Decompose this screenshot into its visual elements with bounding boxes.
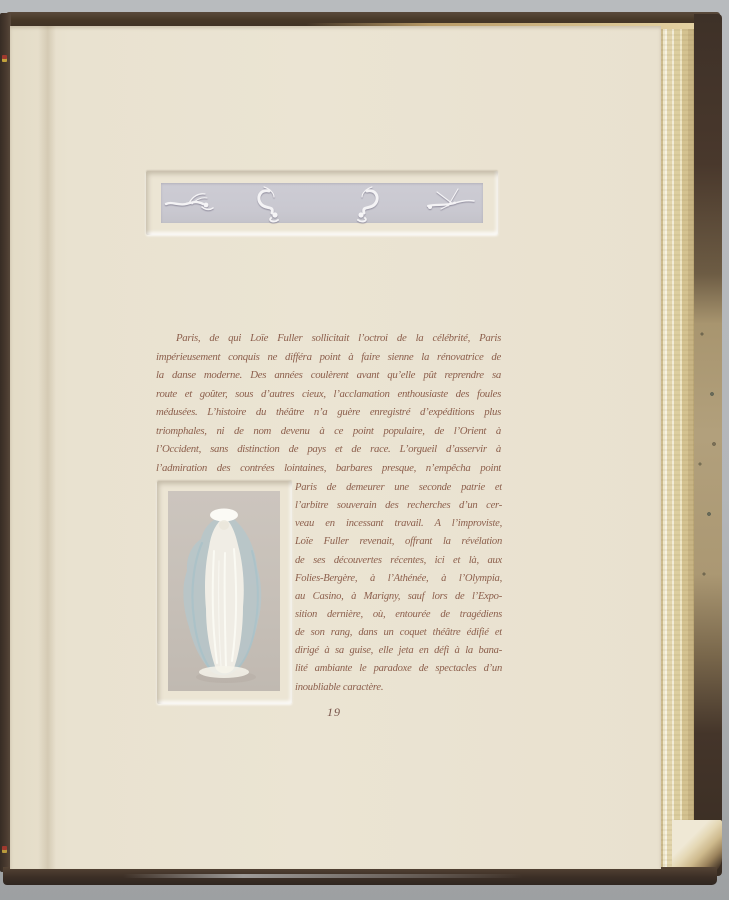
headband-bottom [2, 846, 7, 850]
text-line: de son rang, dans un coquet théâtre édif… [295, 624, 502, 642]
text-line: médusées. L’histoire du théâtre n’a guèr… [156, 403, 501, 422]
text-line: Paris de demeurer une seconde patrie et [295, 479, 502, 497]
frieze-illustration [161, 183, 483, 223]
text-line: l’arbitre souverain des recherches d’un … [295, 497, 502, 515]
veiled-dancer-figure [168, 491, 280, 691]
dancer-illustration [168, 491, 280, 691]
marbled-paper-speckles [694, 14, 722, 876]
text-line: Loïe Fuller revenait, offrant la révélat… [295, 533, 502, 551]
page-block-fore-edge [659, 29, 696, 867]
paragraph-column: Paris de demeurer une seconde patrie et … [295, 479, 502, 697]
headband-top [2, 55, 7, 59]
text-line: l’Occident, sans distinction de pays et … [156, 440, 501, 459]
book-cover-right-edge [694, 14, 722, 876]
text-line: inoubliable caractère. [295, 679, 502, 697]
gutter-crease [38, 26, 56, 869]
text-line: impérieusement conquis ne différa point … [156, 348, 501, 367]
text-line: l’admiration des contrées lointaines, ba… [156, 459, 501, 478]
text-line: Folies-Bergère, à l’Athénée, à l’Olympia… [295, 570, 502, 588]
page-number: 19 [314, 705, 354, 720]
text-line: de ses découvertes récentes, ici et là, … [295, 552, 502, 570]
table-reflection [123, 874, 523, 878]
bottom-right-page-corner [672, 820, 722, 874]
text-line: Paris, de qui Loïe Fuller sollicitait l’… [156, 329, 501, 348]
dancer-plate-mark [157, 481, 292, 704]
text-line: sition dernière, où, entourée de tragédi… [295, 606, 502, 624]
text-line: lité ambiante le paradoxe de spectacles … [295, 660, 502, 678]
frieze-plate-mark [146, 171, 498, 235]
text-line: dirigé à sa guise, elle jeta en défi à l… [295, 642, 502, 660]
paragraph-full-width: Paris, de qui Loïe Fuller sollicitait l’… [156, 329, 501, 477]
text-line: triomphales, ni de nom devenu à ce point… [156, 422, 501, 441]
text-line: la danse moderne. Des années coulèrent a… [156, 366, 501, 385]
text-line: au Casino, à Marigny, sauf lors de l’Exp… [295, 588, 502, 606]
text-line: veau en incessant travail. A l’improvist… [295, 515, 502, 533]
book-cover-bottom-edge [3, 867, 717, 885]
text-line: route et goûter, sous d’autres cieux, l’… [156, 385, 501, 404]
frieze-dancers-figure [161, 183, 483, 223]
